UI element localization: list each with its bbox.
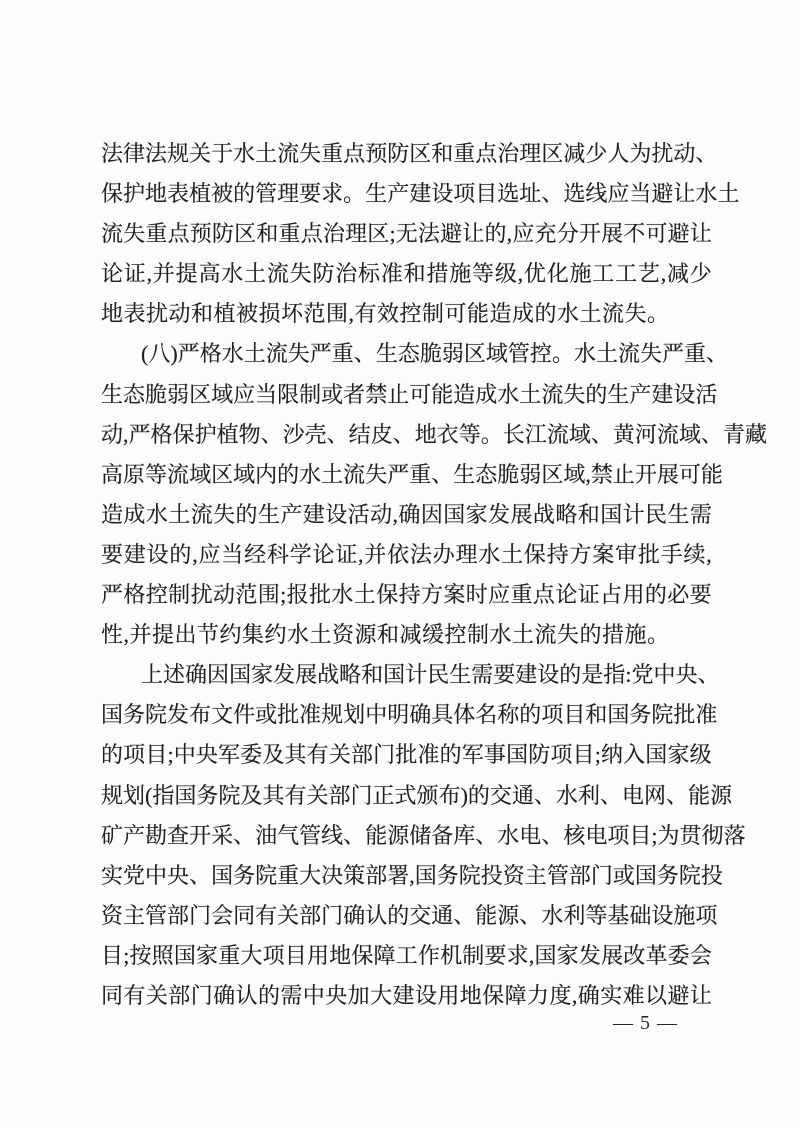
document-page: 法律法规关于水土流失重点预防区和重点治理区减少人为扰动、保护地表植被的管理要求。… <box>0 0 800 1131</box>
text-line: 论证,并提高水土流失防治标准和措施等级,优化施工工艺,减少 <box>101 254 712 294</box>
text-line: 规划(指国务院及其有关部门正式颁布)的交通、水利、电网、能源 <box>101 776 712 816</box>
text-line: 矿产勘查开采、油气管线、能源储备库、水电、核电项目;为贯彻落 <box>101 816 712 856</box>
text-line: 保护地表植被的管理要求。生产建设项目选址、选线应当避让水土 <box>101 174 712 214</box>
text-line: 国务院发布文件或批准规划中明确具体名称的项目和国务院批准 <box>101 695 712 735</box>
text-line: 资主管部门会同有关部门确认的交通、能源、水利等基础设施项 <box>101 896 712 936</box>
text-line: 流失重点预防区和重点治理区;无法避让的,应充分开展不可避让 <box>101 214 712 254</box>
text-line: 的项目;中央军委及其有关部门批准的军事国防项目;纳入国家级 <box>101 735 712 775</box>
text-line: 严格控制扰动范围;报批水土保持方案时应重点论证占用的必要 <box>101 575 712 615</box>
text-line: 高原等流域区域内的水土流失严重、生态脆弱区域,禁止开展可能 <box>101 455 712 495</box>
text-line: 上述确因国家发展战略和国计民生需要建设的是指:党中央、 <box>101 655 712 695</box>
text-line: 法律法规关于水土流失重点预防区和重点治理区减少人为扰动、 <box>101 134 712 174</box>
text-line: 生态脆弱区域应当限制或者禁止可能造成水土流失的生产建设活 <box>101 375 712 415</box>
text-line: 要建设的,应当经科学论证,并依法办理水土保持方案审批手续, <box>101 535 712 575</box>
text-line: 造成水土流失的生产建设活动,确因国家发展战略和国计民生需 <box>101 495 712 535</box>
text-line: (八)严格水土流失严重、生态脆弱区域管控。水土流失严重、 <box>101 334 712 374</box>
page-number: — 5 — <box>598 1008 693 1038</box>
text-line: 地表扰动和植被损坏范围,有效控制可能造成的水土流失。 <box>101 294 712 334</box>
text-line: 目;按照国家重大项目用地保障工作机制要求,国家发展改革委会 <box>101 936 712 976</box>
text-line: 动,严格保护植物、沙壳、结皮、地衣等。长江流域、黄河流域、青藏 <box>101 415 712 455</box>
text-line: 实党中央、国务院重大决策部署,国务院投资主管部门或国务院投 <box>101 856 712 896</box>
text-line: 性,并提出节约集约水土资源和减缓控制水土流失的措施。 <box>101 615 712 655</box>
document-body: 法律法规关于水土流失重点预防区和重点治理区减少人为扰动、保护地表植被的管理要求。… <box>101 134 712 1016</box>
